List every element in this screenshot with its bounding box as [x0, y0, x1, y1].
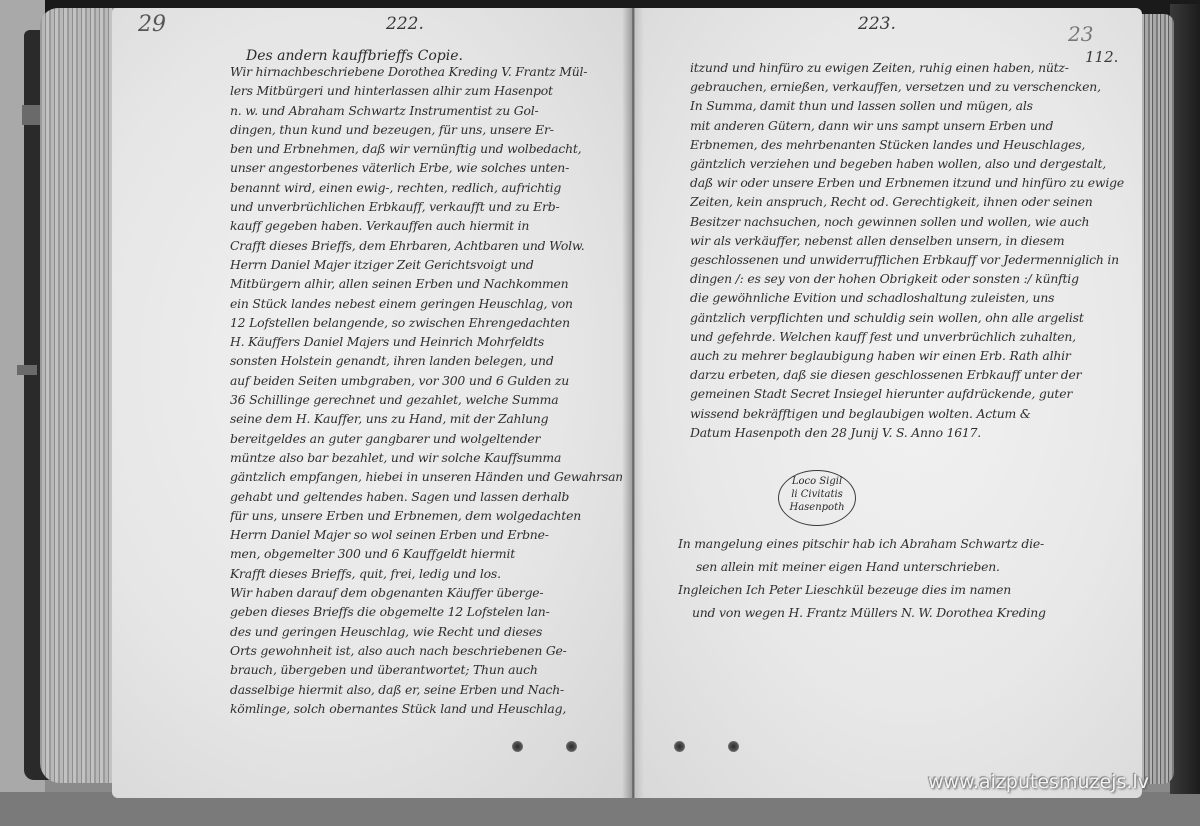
text-line: Datum Hasenpoth den 28 Junij V. S. Anno … — [690, 423, 1130, 442]
text-line: lers Mitbürgeri und hinterlassen alhir z… — [230, 81, 622, 100]
text-line: dingen /: es sey von der hohen Obrigkeit… — [690, 269, 1130, 288]
text-line: gehabt und geltendes haben. Sagen und la… — [230, 487, 622, 506]
page-number-left: 222. — [386, 14, 424, 34]
text-line: geben dieses Brieffs die obgemelte 12 Lo… — [230, 602, 622, 621]
text-line: und gefehrde. Welchen kauff fest und unv… — [690, 327, 1130, 346]
text-line: auch zu mehrer beglaubigung haben wir ei… — [690, 346, 1130, 365]
book-gutter — [622, 8, 644, 798]
text-line: auf beiden Seiten umbgraben, vor 300 und… — [230, 371, 622, 390]
text-line: gemeinen Stadt Secret Insiegel hierunter… — [690, 384, 1130, 403]
text-line: mit anderen Gütern, dann wir uns sampt u… — [690, 116, 1130, 135]
text-line: gebrauchen, ernießen, verkauffen, verset… — [690, 77, 1130, 96]
text-line: Wir haben darauf dem obgenanten Käuffer … — [230, 583, 622, 602]
binding-hole — [512, 741, 523, 752]
text-line: itzund und hinfüro zu ewigen Zeiten, ruh… — [690, 58, 1130, 77]
seal-annotation: Loco Sigil li Civitatis Hasenpoth — [778, 470, 856, 526]
postscript-text: In mangelung eines pitschir hab ich Abra… — [678, 532, 1138, 624]
text-line: sonsten Holstein genandt, ihren landen b… — [230, 351, 622, 370]
text-line: ben und Erbnehmen, daß wir vernünftig un… — [230, 139, 622, 158]
text-line: dingen, thun kund und bezeugen, für uns,… — [230, 120, 622, 139]
seal-line: li Civitatis — [779, 488, 855, 501]
text-line: für uns, unsere Erben und Erbnemen, dem … — [230, 506, 622, 525]
right-page-text: itzund und hinfüro zu ewigen Zeiten, ruh… — [690, 58, 1130, 442]
folio-mark-left: 29 — [138, 12, 166, 37]
binding-hole — [674, 741, 685, 752]
text-line: sen allein mit meiner eigen Hand untersc… — [678, 555, 1138, 578]
page-stack-left — [40, 8, 116, 783]
text-line: ein Stück landes nebest einem geringen H… — [230, 294, 622, 313]
page-stack-right — [1140, 14, 1174, 784]
book-cover-right — [1170, 4, 1200, 794]
folio-mark-right: 23 — [1068, 22, 1093, 46]
text-line: seine dem H. Kauffer, uns zu Hand, mit d… — [230, 409, 622, 428]
text-line: gäntzlich empfangen, hiebei in unseren H… — [230, 467, 622, 486]
text-line: des und geringen Heuschlag, wie Recht un… — [230, 622, 622, 641]
text-line: Herrn Daniel Majer so wol seinen Erben u… — [230, 525, 622, 544]
text-line: geschlossenen und unwiderrufflichen Erbk… — [690, 250, 1130, 269]
text-line: n. w. und Abraham Schwartz Instrumentist… — [230, 101, 622, 120]
text-line: brauch, übergeben und überantwortet; Thu… — [230, 660, 622, 679]
text-line: die gewöhnliche Evition und schadloshalt… — [690, 288, 1130, 307]
text-line: Besitzer nachsuchen, noch gewinnen solle… — [690, 212, 1130, 231]
watermark: www.aizputesmuzejs.lv — [928, 771, 1149, 793]
text-line: Herrn Daniel Majer itziger Zeit Gerichts… — [230, 255, 622, 274]
text-line: und unverbrüchlichen Erbkauff, verkaufft… — [230, 197, 622, 216]
seal-line: Loco Sigil — [779, 475, 855, 488]
text-line: und von wegen H. Frantz Müllers N. W. Do… — [678, 601, 1138, 624]
text-line: Ingleichen Ich Peter Lieschkül bezeuge d… — [678, 578, 1138, 601]
text-line: dasselbige hiermit also, daß er, seine E… — [230, 680, 622, 699]
binding-hole — [566, 741, 577, 752]
text-line: Zeiten, kein anspruch, Recht od. Gerecht… — [690, 192, 1130, 211]
text-line: In mangelung eines pitschir hab ich Abra… — [678, 532, 1138, 555]
text-line: gäntzlich verziehen und begeben haben wo… — [690, 154, 1130, 173]
text-line: benannt wird, einen ewig-, rechten, redl… — [230, 178, 622, 197]
text-line: In Summa, damit thun und lassen sollen u… — [690, 96, 1130, 115]
text-line: Erbnemen, des mehrbenanten Stücken lande… — [690, 135, 1130, 154]
text-line: Crafft dieses Brieffs, dem Ehrbaren, Ach… — [230, 236, 622, 255]
binding-tab-top — [22, 105, 42, 125]
text-line: Mitbürgern alhir, allen seinen Erben und… — [230, 274, 622, 293]
text-line: wir als verkäuffer, nebenst allen densel… — [690, 231, 1130, 250]
text-line: darzu erbeten, daß sie diesen geschlosse… — [690, 365, 1130, 384]
text-line: unser angestorbenes väterlich Erbe, wie … — [230, 158, 622, 177]
text-line: müntze also bar bezahlet, und wir solche… — [230, 448, 622, 467]
page-number-right: 223. — [858, 14, 896, 34]
left-page-text: Wir hirnachbeschriebene Dorothea Kreding… — [230, 62, 622, 718]
binding-hole — [728, 741, 739, 752]
text-line: 36 Schillinge gerechnet und gezahlet, we… — [230, 390, 622, 409]
text-line: bereitgeldes an guter gangbarer und wolg… — [230, 429, 622, 448]
text-line: 12 Lofstellen belangende, so zwischen Eh… — [230, 313, 622, 332]
text-line: Krafft dieses Brieffs, quit, frei, ledig… — [230, 564, 622, 583]
text-line: H. Käuffers Daniel Majers und Heinrich M… — [230, 332, 622, 351]
seal-line: Hasenpoth — [779, 501, 855, 514]
text-line: Orts gewohnheit ist, also auch nach besc… — [230, 641, 622, 660]
text-line: wissend bekräfftigen und beglaubigen wol… — [690, 404, 1130, 423]
text-line: Wir hirnachbeschriebene Dorothea Kreding… — [230, 62, 622, 81]
text-line: gäntzlich verpflichten und schuldig sein… — [690, 308, 1130, 327]
text-line: daß wir oder unsere Erben und Erbnemen i… — [690, 173, 1130, 192]
text-line: kauff gegeben haben. Verkauffen auch hie… — [230, 216, 622, 235]
text-line: kömlinge, solch obernantes Stück land un… — [230, 699, 622, 718]
text-line: men, obgemelter 300 und 6 Kauffgeldt hie… — [230, 544, 622, 563]
binding-tab-bottom — [17, 365, 37, 375]
